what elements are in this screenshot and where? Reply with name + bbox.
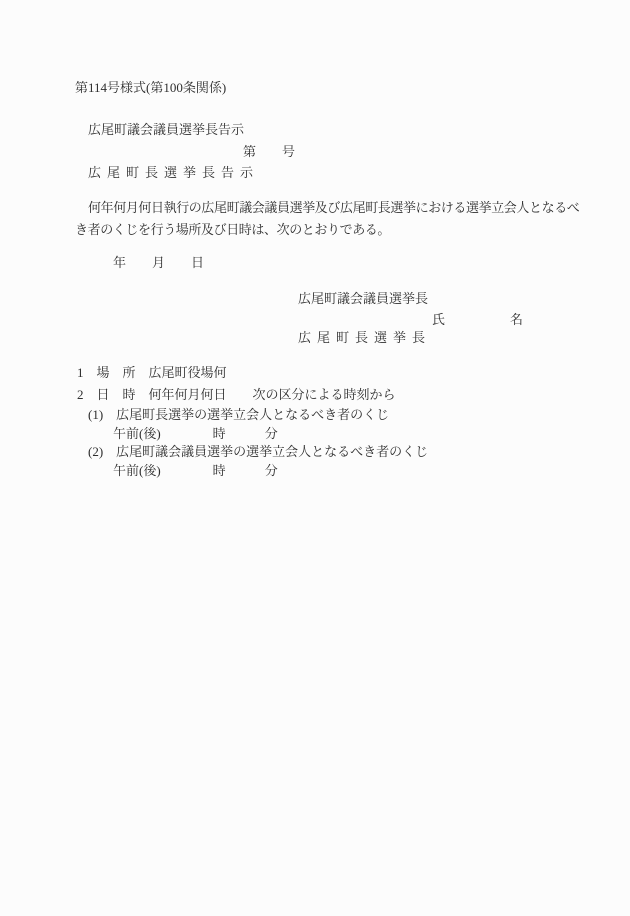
signature-council-chief: 広尾町議会議員選挙長 xyxy=(298,291,428,307)
document-page: 第114号様式(第100条関係) 広尾町議会議員選挙長告示 第 号 広尾町長選挙… xyxy=(0,0,630,916)
doc-number-line: 第 号 xyxy=(243,144,295,160)
sub-item-council-lottery: (2) 広尾町議会議員選挙の選挙立会人となるべき者のくじ xyxy=(88,444,428,460)
council-notice-title: 広尾町議会議員選挙長告示 xyxy=(88,122,244,138)
time-blank-line-1: 午前(後) 時 分 xyxy=(113,426,278,442)
name-sei-label: 氏 xyxy=(432,312,445,328)
form-number: 第114号様式(第100条関係) xyxy=(75,80,226,96)
date-day-label: 日 xyxy=(191,255,204,271)
sub-item-number: (1) xyxy=(88,407,103,423)
ampm-label: 午前(後) xyxy=(113,426,161,442)
date-month-label: 月 xyxy=(152,255,165,271)
list-item-datetime: 2 日 時 何年何月何日 次の区分による時刻から xyxy=(77,387,396,403)
item-number: 2 xyxy=(77,387,84,403)
doc-number-suffix: 号 xyxy=(282,144,295,160)
minute-label: 分 xyxy=(265,463,278,479)
date-year-label: 年 xyxy=(113,255,126,271)
list-item-place: 1 場 所 広尾町役場何 xyxy=(77,365,227,381)
time-blank-line-2: 午前(後) 時 分 xyxy=(113,463,278,479)
signature-mayor-chief: 広尾町長選挙長 xyxy=(298,330,431,346)
item-value: 広尾町役場何 xyxy=(149,365,227,381)
item-value-2: 次の区分による時刻から xyxy=(253,387,396,403)
minute-label: 分 xyxy=(265,426,278,442)
item-number: 1 xyxy=(77,365,84,381)
mayor-notice-title: 広尾町長選挙長告示 xyxy=(88,165,259,181)
item-label: 日 時 xyxy=(97,387,136,403)
sub-item-text: 広尾町議会議員選挙の選挙立会人となるべき者のくじ xyxy=(116,444,428,460)
name-mei-label: 名 xyxy=(510,312,523,328)
ampm-label: 午前(後) xyxy=(113,463,161,479)
sub-item-number: (2) xyxy=(88,444,103,460)
doc-number-prefix: 第 xyxy=(243,144,256,160)
item-label: 場 所 xyxy=(97,365,136,381)
sub-item-mayor-lottery: (1) 広尾町長選挙の選挙立会人となるべき者のくじ xyxy=(88,407,389,423)
sub-item-text: 広尾町長選挙の選挙立会人となるべき者のくじ xyxy=(116,407,389,423)
body-paragraph: 何年何月何日執行の広尾町議会議員選挙及び広尾町長選挙における選挙立会人となるべき… xyxy=(75,197,583,240)
item-value: 何年何月何日 xyxy=(149,387,227,403)
date-blank-line: 年 月 日 xyxy=(113,255,204,271)
hour-label: 時 xyxy=(213,426,226,442)
hour-label: 時 xyxy=(213,463,226,479)
signature-name-line: 氏 名 xyxy=(432,312,523,328)
